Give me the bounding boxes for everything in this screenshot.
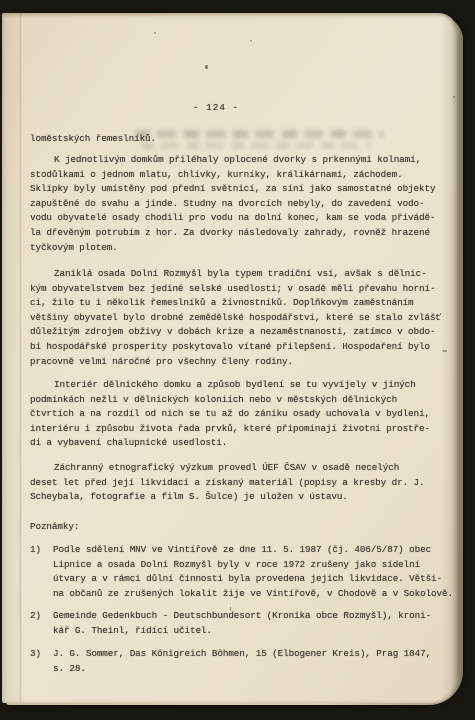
text-line: podmínkách nežli v dělnických koloniích … xyxy=(30,393,430,408)
text-line: ci, žilo tu i několik řemeslníků a živno… xyxy=(30,296,441,311)
ink-offset-smudge xyxy=(142,142,370,149)
footnote-body: Gemeinde Gedenkbuch - Deutschbundesort (… xyxy=(53,609,431,638)
page-number: - 124 - xyxy=(193,101,239,116)
text-line: deset let před její likvidací a získaný … xyxy=(30,476,425,491)
paper-speck xyxy=(453,96,455,98)
text-line: vodu obyvatelé osady chodili pro vodu na… xyxy=(30,211,435,226)
text-line: čtvrtích a na rozdíl od nich se tu až do… xyxy=(30,407,430,422)
footnote-number: 3) xyxy=(30,647,53,676)
notes-heading: Poznámky: xyxy=(30,520,79,535)
text-line: Zaniklá osada Dolní Rozmyšl byla typem t… xyxy=(30,267,441,282)
paragraph: K jednotlivým domkům přiléhaly oplocené … xyxy=(30,153,435,255)
text-line: pracovně velmi náročné pro všechny členy… xyxy=(30,355,441,370)
text-line: zapuštěné do svahu a jinde. Studny na dv… xyxy=(30,197,435,212)
text-line: Sklípky byly umístěny pod přední světnic… xyxy=(30,182,435,197)
text-line: s. 28. xyxy=(53,662,431,677)
footnote-body: Podle sdělení MNV ve Vintířově ze dne 11… xyxy=(53,543,453,601)
text-line: tyčkovým plotem. xyxy=(30,241,435,256)
footnote-number: 1) xyxy=(30,543,53,601)
paper-speck xyxy=(154,32,156,34)
text-line: stodůlkami o jednom mlatu, chlívky, kurn… xyxy=(30,168,435,183)
text-line: bí hospodářské prosperity poskytovalo ví… xyxy=(30,340,441,355)
text-line: Lipnice a osada Dolní Rozmyšl byly v roc… xyxy=(53,558,453,573)
page-crease-line xyxy=(19,13,22,703)
footnote-number: 2) xyxy=(30,609,53,638)
footnote-item: 2) Gemeinde Gedenkbuch - Deutschbundesor… xyxy=(30,609,431,638)
text-line: Záchranný etnografický výzkum provedl ÚE… xyxy=(30,461,425,476)
text-line: Interiér dělnického domku a způsob bydle… xyxy=(30,378,430,393)
carried-over-text-fragment: loměstských řemeslníků. xyxy=(30,132,156,147)
text-line: většiny obyvatel bylo drobné zemědělské … xyxy=(30,311,441,326)
footnote-item: 1) Podle sdělení MNV ve Vintířově ze dne… xyxy=(30,543,453,601)
text-line: kář G. Theinl, řídící učitel. xyxy=(53,624,431,639)
paper-speck xyxy=(442,350,447,352)
paragraph: Zaniklá osada Dolní Rozmyšl byla typem t… xyxy=(30,267,441,369)
scanned-book-photo: - 124 - loměstských řemeslníků. K jednot… xyxy=(0,0,475,720)
ink-offset-smudge xyxy=(135,130,383,138)
text-line: Gemeinde Gedenkbuch - Deutschbundesort (… xyxy=(53,609,431,624)
text-line: K jednotlivým domkům přiléhaly oplocené … xyxy=(30,153,435,168)
text-line: na občanů ze zrušených lokalit žije ve V… xyxy=(53,587,453,602)
text-line: interiéru i způsobu života řada prvků, k… xyxy=(30,422,430,437)
text-line: J. G. Sommer, Das Königreich Böhmen, 15 … xyxy=(53,647,431,662)
text-line: la dřevěným potrubím z hor. Za dvorky ná… xyxy=(30,226,435,241)
text-line: útvary a v rámci důlní činnosti byla pro… xyxy=(53,572,453,587)
text-line: kým obyvatelstvem bez jediné selské used… xyxy=(30,282,441,297)
paper-speck xyxy=(205,65,208,69)
page-gutter-shading xyxy=(2,13,20,703)
paper-speck xyxy=(250,40,252,42)
text-line: Scheybala, fotografie a film S. Šulce) j… xyxy=(30,490,425,505)
document-page: - 124 - loměstských řemeslníků. K jednot… xyxy=(2,13,458,703)
text-line: Podle sdělení MNV ve Vintířově ze dne 11… xyxy=(53,543,453,558)
text-line: důležitým zdrojem obživy v dobách krize … xyxy=(30,325,441,340)
text-line: dí a vybavení chalupnické usedlosti. xyxy=(30,436,430,451)
paragraph: Záchranný etnografický výzkum provedl ÚE… xyxy=(30,461,425,505)
paragraph: Interiér dělnického domku a způsob bydle… xyxy=(30,378,430,451)
footnote-body: J. G. Sommer, Das Königreich Böhmen, 15 … xyxy=(53,647,431,676)
footnote-item: 3) J. G. Sommer, Das Königreich Böhmen, … xyxy=(30,647,431,676)
